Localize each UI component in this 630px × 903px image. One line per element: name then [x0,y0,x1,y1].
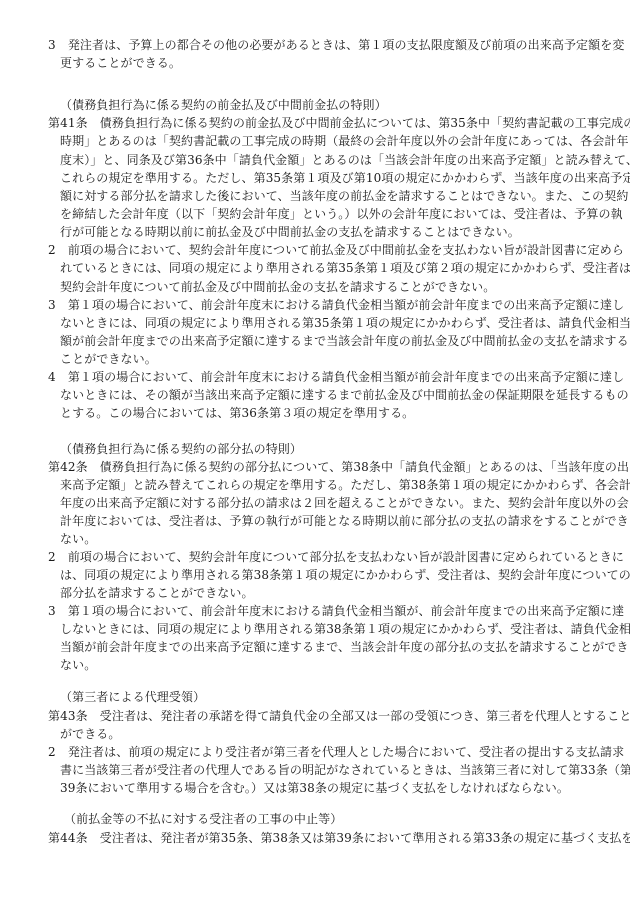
text-line: ないときには、その額が当該出来高予定額に達するまで前払金及び中間前払金の保証期限… [60,388,629,402]
text-line: 度末）」と、同条及び第36条中「請負代金額」とあるのは「当該会計年度の出来高予定… [60,153,630,167]
text-line: 額に対する部分払を請求した後において、当該年度の前払金を請求することはできない。… [60,189,628,203]
text-line: 2 発注者は、前項の規定により受注者が第三者を代理人とした場合において、受注者の… [48,745,624,759]
text-line: 3 発注者は、予算上の都合その他の必要があるときは、第１項の支払限度額及び前項の… [48,38,624,52]
text-line: 額が前会計年度までの出来高予定額に達するまで当該会計年度の前払金及び中間前払金の… [60,334,629,348]
text-line: 契約会計年度について前払金及び中間前払金の支払を請求することができない。 [60,280,495,294]
text-line: 年度の出来高予定額に対する部分払の請求は２回を超えることができない。また、契約会… [60,496,629,510]
text-line: とする。この場合においては、第36条第３項の規定を準用する。 [60,406,414,420]
text-line: 部分払を請求することができない。 [60,586,254,600]
text-line: れているときには、同項の規定により準用される第35条第１項及び第２項の規定にかか… [60,261,630,275]
text-line: これらの規定を準用する。ただし、第35条第１項及び第10項の規定にかかわらず、当… [60,171,630,185]
text-line: ないときには、同項の規定により準用される第35条第１項の規定にかかわらず、受注者… [60,316,630,330]
section-heading: （債務負担行為に係る契約の前金払及び中間前金払の特則） [60,98,387,112]
text-line: 書に当該第三者が受注者の代理人である旨の明記がなされているときは、当該第三者に対… [60,763,630,777]
text-line: 更することができる。 [60,56,181,70]
section-heading: （第三者による代理受領） [60,690,205,704]
article-41-line: 第41条 債務負担行為に係る契約の前金払及び中間前金払については、第35条中「契… [48,116,630,130]
text-line: 39条において準用する場合を含む。）又は第38条の規定に基づく支払をしなければな… [60,781,569,795]
text-line: ことができない。 [60,352,157,366]
section-heading: （債務負担行為に係る契約の部分払の特則） [60,442,302,456]
text-line: を締結した会計年度（以下「契約会計年度」という。）以外の会計年度においては、受注… [60,207,623,221]
text-line: は、同項の規定により準用される第38条第１項の規定にかかわらず、受注者は、契約会… [60,568,630,582]
text-line: 時期」とあるのは「契約書記載の工事完成の時期（最終の会計年度以外の会計年度にあっ… [60,134,629,148]
article-42-line: 第42条 債務負担行為に係る契約の部分払について、第38条中「請負代金額」とある… [48,460,629,474]
text-line: 当額が前会計年度までの出来高予定額に達するまで、当該会計年度の部分払の支払を請求… [60,640,628,654]
text-line: ない。 [60,658,96,672]
text-line: 3 第１項の場合において、前会計年度末における請負代金相当額が前会計年度までの出… [48,298,624,312]
section-heading: （前払金等の不払に対する受注者の工事の中止等） [64,812,342,826]
text-line: 計年度においては、受注者は、予算の執行が可能となる時期以前に部分払の支払の請求を… [60,514,629,528]
text-line: ない。 [60,532,96,546]
document-page: 3 発注者は、予算上の都合その他の必要があるときは、第１項の支払限度額及び前項の… [0,0,630,903]
text-line: 2 前項の場合において、契約会計年度について部分払を支払わない旨が設計図書に定め… [48,550,624,564]
text-line: 4 第１項の場合において、前会計年度末における請負代金相当額が前会計年度までの出… [48,370,624,384]
text-line: 来高予定額」と読み替えてこれらの規定を準用する。ただし、第38条第１項の規定にか… [60,478,630,492]
text-line: ができる。 [60,727,121,741]
text-line: 行が可能となる時期以前に前払金及び中間前払金の支払を請求することはできない。 [60,225,520,239]
text-line: しないときには、同項の規定により準用される第38条第１項の規定にかかわらず、受注… [60,622,630,636]
article-43-line: 第43条 受注者は、発注者の承諾を得て請負代金の全部又は一部の受領につき、第三者… [48,709,630,723]
text-line: 3 第１項の場合において、前会計年度末における請負代金相当額が、前会計年度までの… [48,604,624,618]
text-line: 2 前項の場合において、契約会計年度について前払金及び中間前払金を支払わない旨が… [48,243,624,257]
article-44-line: 第44条 受注者は、発注者が第35条、第38条又は第39条において準用される第3… [48,831,630,845]
